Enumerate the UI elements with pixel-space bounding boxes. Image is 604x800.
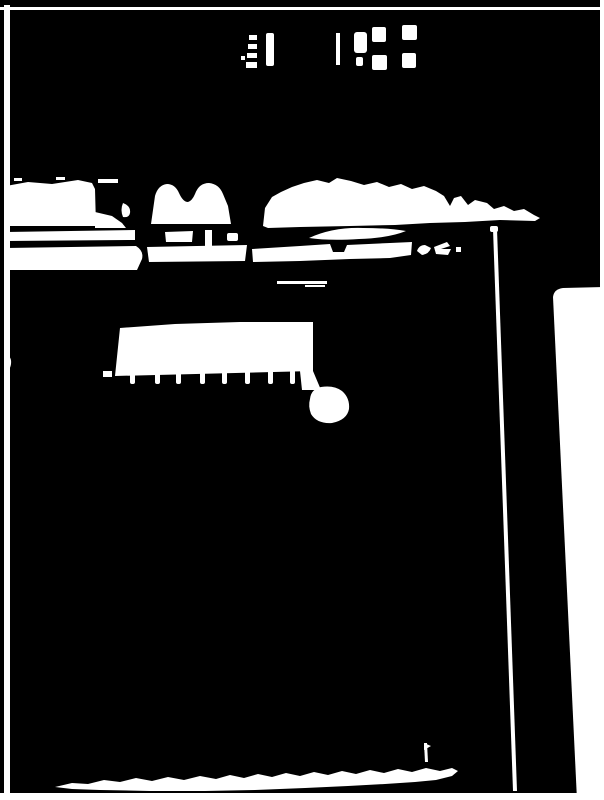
ridge-highlight — [263, 178, 540, 228]
window-dot-column — [246, 35, 257, 68]
photo-canvas — [0, 0, 604, 800]
shelf-strip-lower-mid — [147, 245, 247, 262]
window-dot-small — [241, 56, 245, 60]
window-pane-bottom-left — [372, 55, 387, 70]
glyph-dot — [456, 247, 461, 252]
highlight-band-wedge — [95, 212, 126, 228]
key-gap-6 — [245, 370, 250, 384]
shelf-strip-lower-right — [252, 242, 412, 262]
key-gap-4 — [200, 370, 205, 384]
left-edge-mark — [5, 354, 11, 372]
key-gap-8 — [290, 370, 295, 384]
shelf-strip-lower-left — [6, 246, 142, 270]
key-gap-2 — [155, 370, 160, 384]
key-block-right-column — [300, 371, 321, 390]
key-gap-1 — [130, 370, 135, 384]
round-blob — [309, 387, 349, 424]
shelf-strip-upper-mid — [165, 231, 193, 242]
window-pane-top-right — [402, 25, 417, 40]
frame-bottom-edge — [0, 793, 604, 800]
binarized-photo — [0, 0, 604, 800]
frame-top-edge — [0, 7, 604, 10]
highlight-band-left — [6, 180, 96, 226]
thin-dash-lower — [305, 285, 325, 287]
long-diagonal-line — [493, 229, 517, 791]
highlight-band-speckle-1 — [14, 178, 22, 181]
key-gap-5 — [222, 370, 227, 384]
line-top-cap — [490, 226, 498, 232]
window-bar-left — [266, 33, 274, 66]
window-pane-top-left — [372, 27, 386, 42]
thin-dash-upper — [277, 281, 327, 284]
key-gap-7 — [268, 370, 273, 384]
lens-highlight — [309, 228, 406, 240]
shelf-strip-upper-left — [6, 230, 135, 241]
key-block — [115, 322, 313, 376]
shelf-strip-upper-dot — [227, 233, 238, 241]
small-flag-head — [424, 743, 431, 750]
glyph-mark-2 — [434, 242, 451, 255]
key-gap-3 — [176, 370, 181, 384]
floor-highlight-streak — [55, 768, 458, 791]
window-blob — [354, 32, 367, 53]
bright-panel-right — [553, 287, 604, 800]
shelf-strip-connector — [205, 230, 212, 248]
key-block-tail — [103, 371, 112, 377]
window-blob-dot — [356, 57, 363, 66]
window-pane-bottom-right — [402, 53, 416, 68]
highlight-band-dash — [98, 179, 118, 183]
highlight-crescent — [122, 203, 131, 217]
double-hump-shape — [151, 183, 231, 224]
glyph-mark-1 — [417, 245, 431, 255]
frame-left-edge — [4, 5, 10, 794]
highlight-band-speckle-2 — [56, 177, 65, 180]
window-bar-mid — [336, 33, 340, 65]
